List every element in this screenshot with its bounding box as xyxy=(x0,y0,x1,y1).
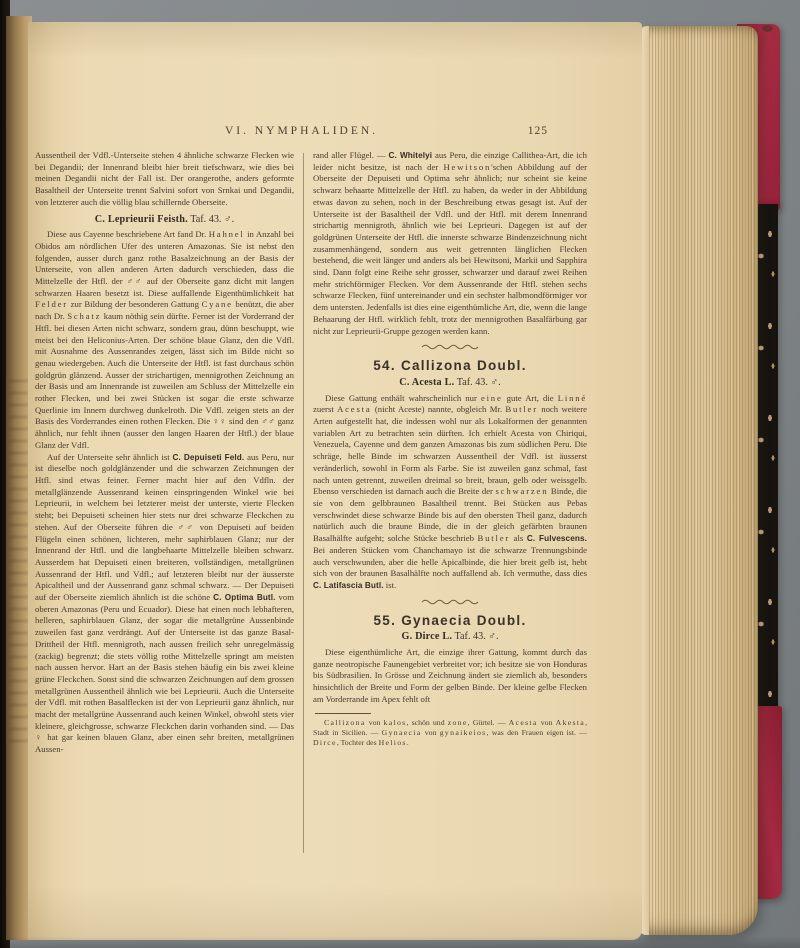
species-name: C. Leprieurii Feisth. xyxy=(95,214,188,225)
letterspaced-name: Felder xyxy=(35,299,68,309)
paragraph: Aussentheil der Vdfl.-Unterseite stehen … xyxy=(35,150,294,209)
paragraph: Diese aus Cayenne beschriebene Art fand … xyxy=(35,229,294,451)
scanned-book-photo: VI. NYMPHALIDEN. 125 Aussentheil der Vdf… xyxy=(0,0,800,948)
paragraph: Diese Gattung enthält wahrscheinlich nur… xyxy=(313,393,587,592)
letterspaced-name: Acesta xyxy=(509,718,538,727)
paragraph: Auf der Unterseite sehr ähnlich ist C. D… xyxy=(35,452,294,756)
squiggle-divider xyxy=(313,343,587,351)
letterspaced-name: Linné xyxy=(558,393,587,403)
page-header: VI. NYMPHALIDEN. 125 xyxy=(35,125,592,143)
text-columns: Aussentheil der Vdfl.-Unterseite stehen … xyxy=(35,150,592,756)
right-column: rand aller Flügel. — C. Whitelyi aus Per… xyxy=(313,150,587,756)
paragraph: Diese eigenthümliche Art, die einzige ih… xyxy=(313,647,587,706)
footnote-rule xyxy=(315,713,371,714)
page-number: 125 xyxy=(528,125,548,137)
letterspaced-name: Dirce xyxy=(313,738,337,747)
letterspaced-name: Hahnel xyxy=(209,229,245,239)
species-name: C. Fulvescens. xyxy=(527,534,587,543)
section-heading: 54. Callizona Doubl. xyxy=(313,360,587,372)
letterspaced-name: Akesta xyxy=(556,718,585,727)
letterspaced-name: Cyane xyxy=(202,299,233,309)
running-title: VI. NYMPHALIDEN. xyxy=(23,125,580,137)
squiggle-divider xyxy=(313,598,587,606)
footnote: Callizona von kalos, schön und zone, Gür… xyxy=(313,713,587,749)
species-heading: C. Leprieurii Feisth. Taf. 43. ♂. xyxy=(35,214,294,226)
letterspaced-name: Gynaecia xyxy=(382,728,422,737)
letterspaced-name: Butler xyxy=(505,404,538,414)
letterspaced-name: Hewitson xyxy=(443,162,491,172)
left-column: Aussentheil der Vdfl.-Unterseite stehen … xyxy=(35,150,294,756)
letterspaced-name: schwarzen xyxy=(496,486,549,496)
species-name: C. Optima Butl. xyxy=(213,593,275,602)
page-block-fore-edge xyxy=(640,26,758,935)
letterspaced-name: gynaikeios xyxy=(440,728,487,737)
letterspaced-name: Butler xyxy=(478,533,511,543)
section-heading: 55. Gynaecia Doubl. xyxy=(313,615,587,627)
letterspaced-name: Schatz xyxy=(67,311,101,321)
species-heading: C. Acesta L. Taf. 43. ♂. xyxy=(313,377,587,389)
letterspaced-name: zone xyxy=(448,718,468,727)
species-name: C. Latifascia Butl. xyxy=(313,581,384,590)
showthrough-text-marks xyxy=(9,380,28,752)
species-heading: G. Dirce L. Taf. 43. ♂. xyxy=(313,631,587,643)
species-name: C. Depuiseti Feld. xyxy=(172,453,244,462)
letterspaced-name: Helios xyxy=(379,738,407,747)
book-page: VI. NYMPHALIDEN. 125 Aussentheil der Vdf… xyxy=(28,22,642,940)
letterspaced-name: Acesta xyxy=(337,404,371,414)
species-name: G. Dirce L. xyxy=(401,631,452,642)
letterspaced-name: kalos xyxy=(384,718,407,727)
paragraph: rand aller Flügel. — C. Whitelyi aus Per… xyxy=(313,150,587,337)
letterspaced-name: eine xyxy=(481,393,503,403)
species-name: C. Whitelyi xyxy=(389,151,433,160)
letterspaced-name: Callizona xyxy=(324,718,366,727)
species-name: C. Acesta L. xyxy=(399,377,454,388)
footnote-text: Callizona von kalos, schön und zone, Gür… xyxy=(313,718,587,749)
